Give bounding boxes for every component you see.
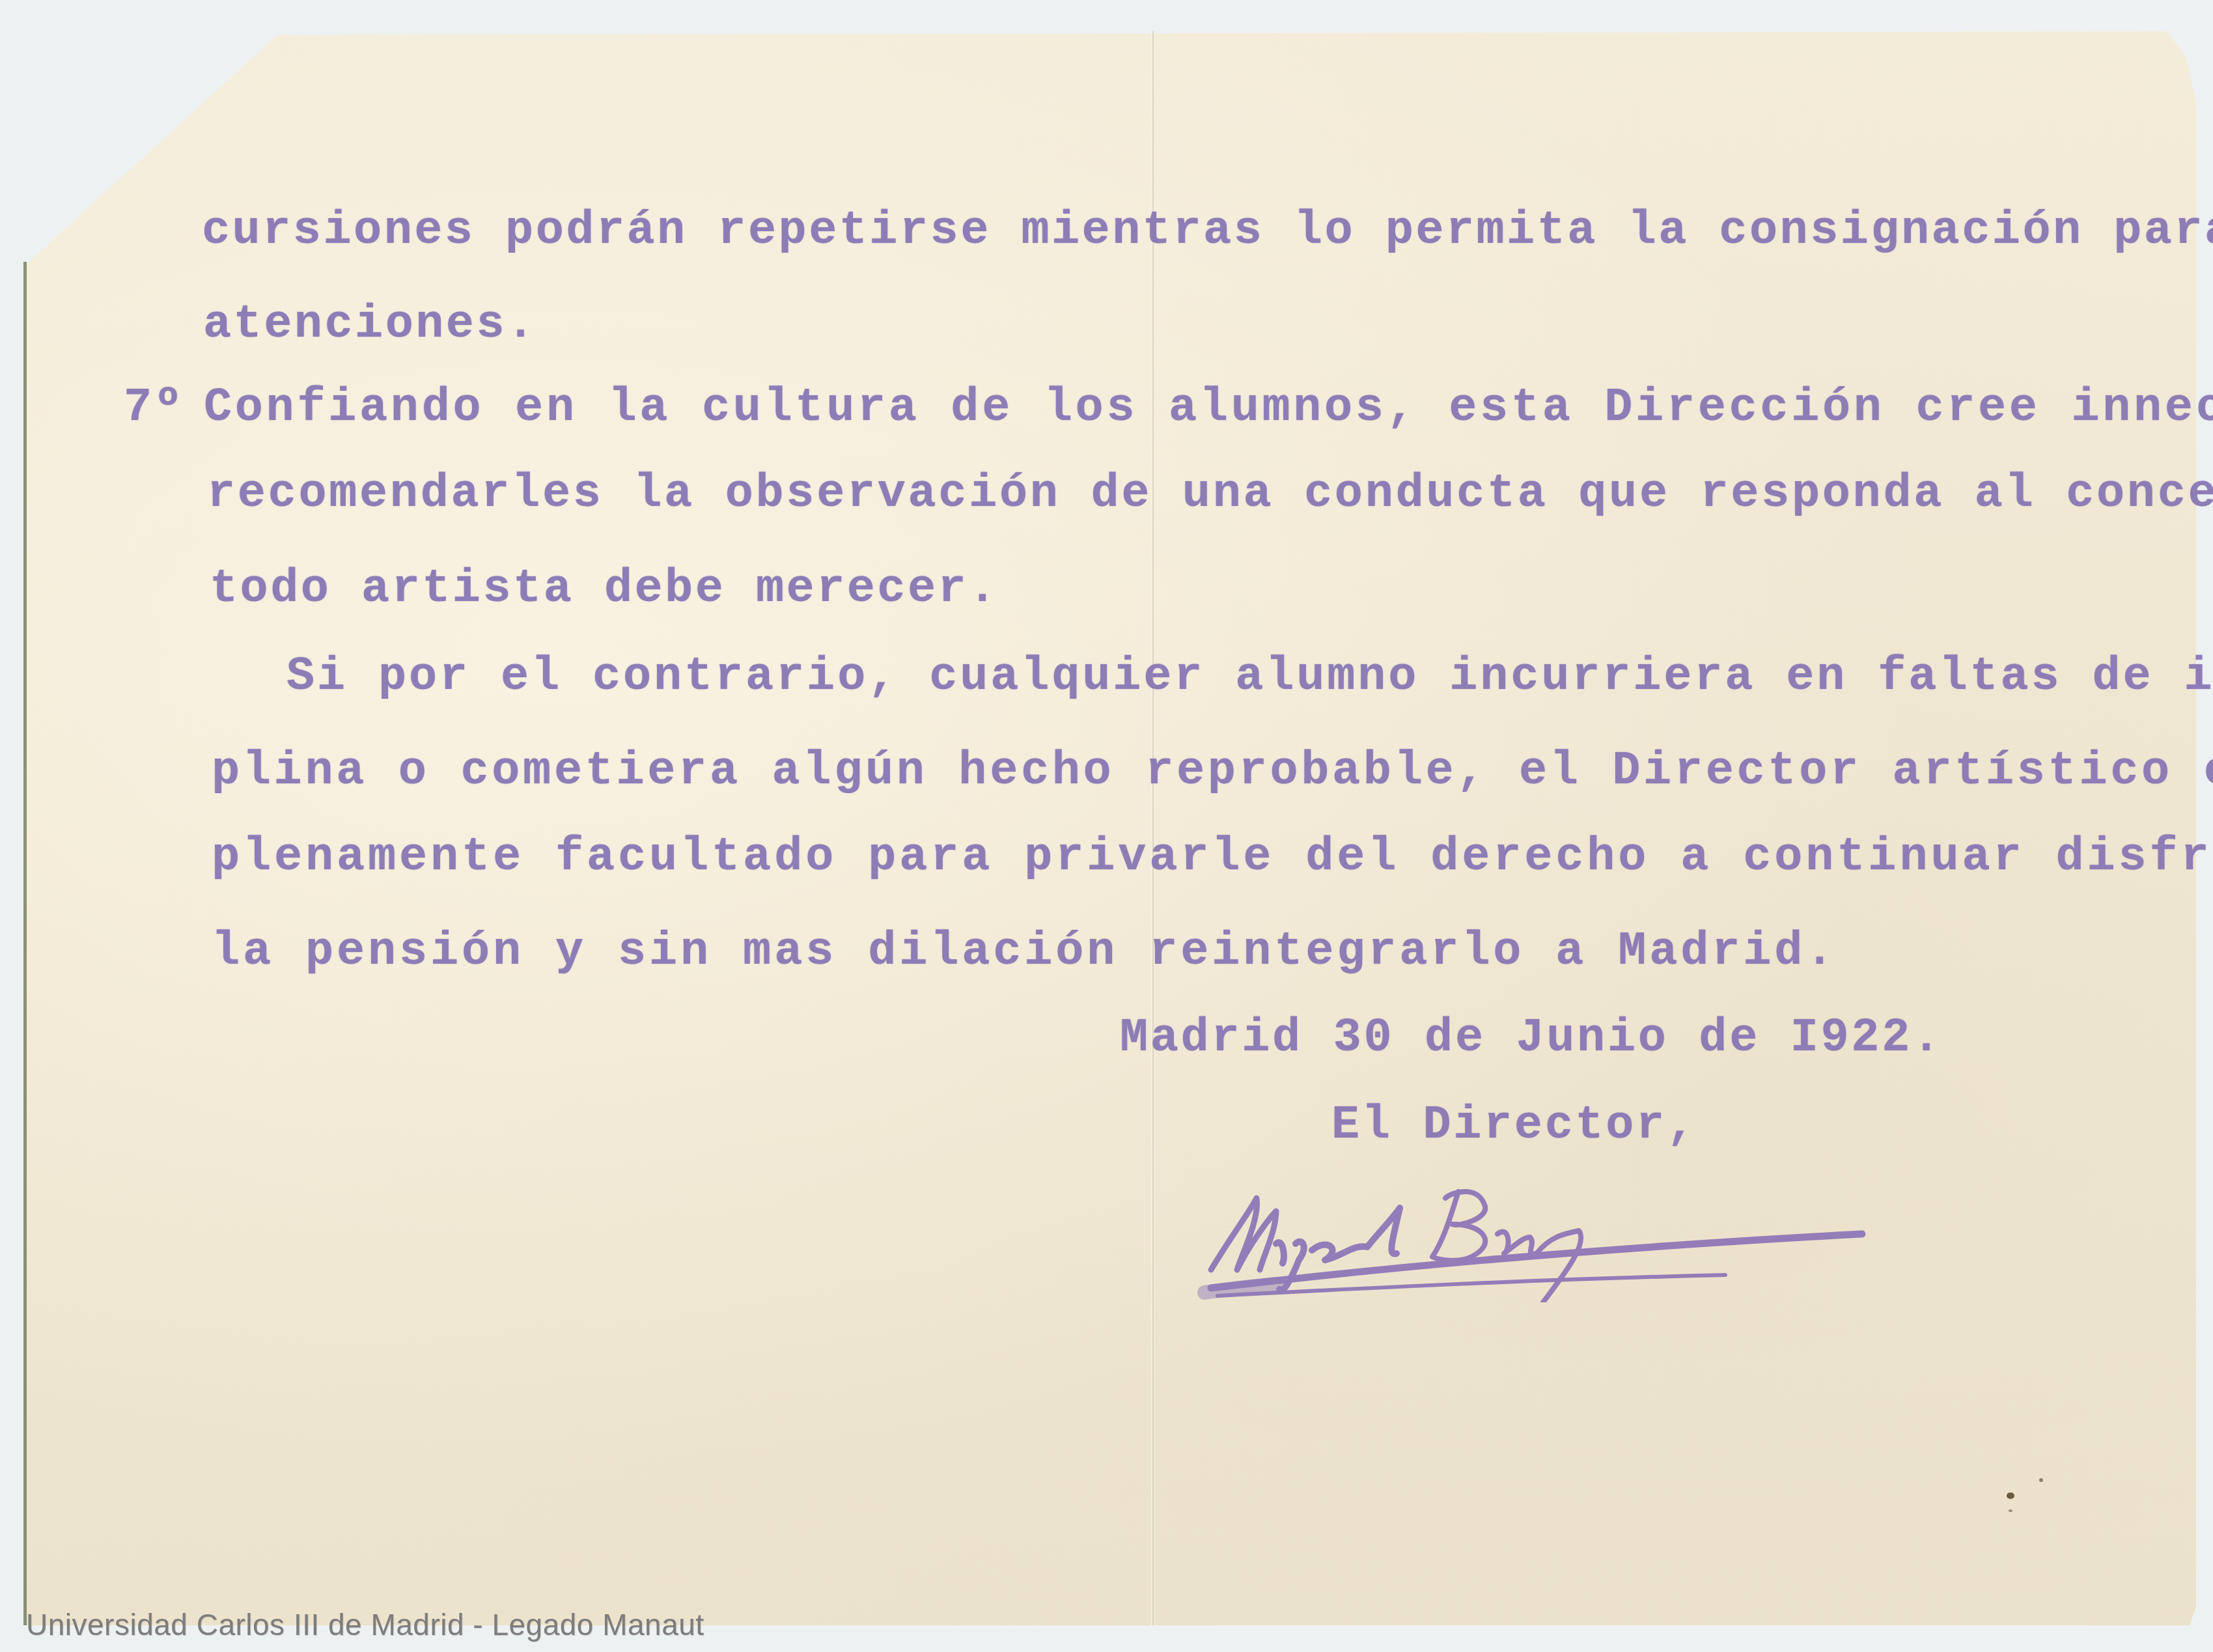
text-line: atenciones.	[203, 301, 537, 348]
text-line: plina o cometiera algún hecho reprobable…	[212, 748, 2213, 794]
paper-left-edge	[23, 262, 27, 1625]
paper-fold-line	[1151, 31, 1155, 1625]
handwritten-signature-icon	[1172, 1172, 1888, 1302]
archive-credit: Universidad Carlos III de Madrid - Legad…	[26, 1607, 704, 1642]
text-line: plenamente facultado para privarle del d…	[212, 833, 2213, 880]
item-number-marker: 7º	[124, 384, 184, 431]
place-date: Madrid 30 de Junio de I922.	[1120, 1015, 1943, 1061]
stain-spot	[2009, 1509, 2012, 1512]
signatory-title: El Director,	[1331, 1102, 1697, 1149]
text-line: Si por el contrario, cualquier alumno in…	[286, 653, 2213, 700]
stain-spot	[2039, 1478, 2043, 1482]
text-line: recomendarles la observación de una cond…	[207, 470, 2213, 517]
text-line: la pensión y sin mas dilación reintegrar…	[212, 928, 1837, 975]
text-line: Confiando en la cultura de los alumnos, …	[204, 384, 2213, 431]
text-line: todo artista debe merecer.	[210, 565, 999, 612]
text-line: cursiones podrán repetirse mientras lo p…	[202, 207, 2213, 254]
letter-paper	[25, 31, 2196, 1625]
stain-spot	[2007, 1492, 2014, 1499]
